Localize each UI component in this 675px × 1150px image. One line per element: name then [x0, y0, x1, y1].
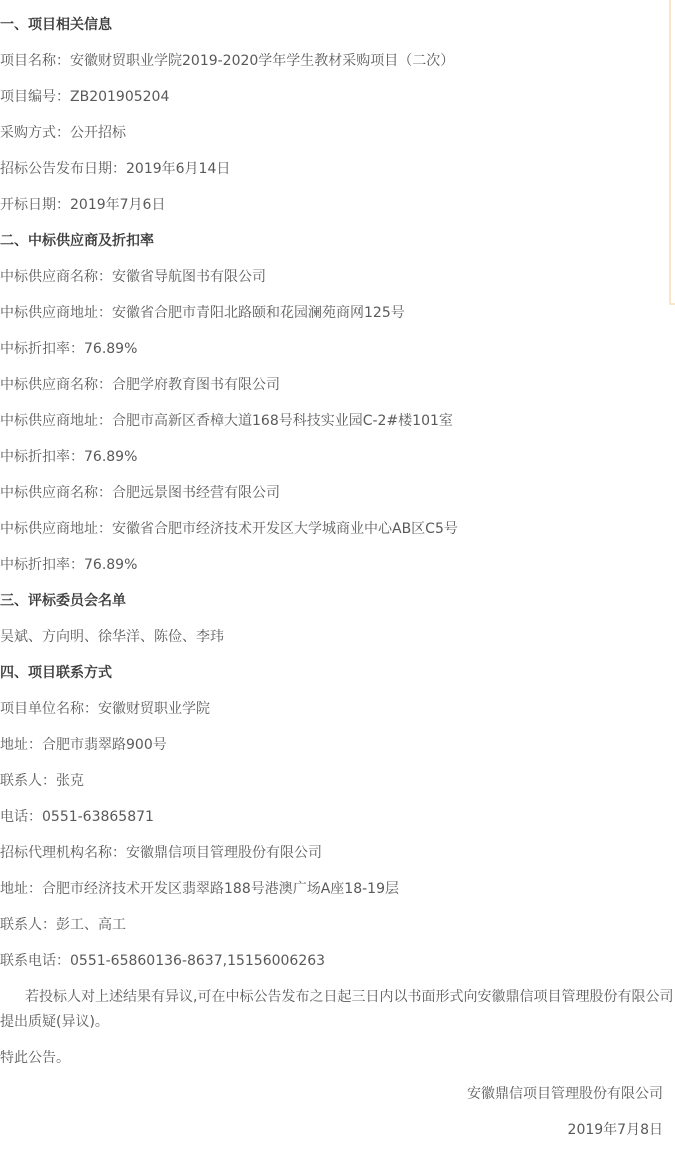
document-footer: 若投标人对上述结果有异议,可在中标公告发布之日起三日内以书面形式向安徽鼎信项目管… [0, 985, 675, 1143]
section-1-heading: 一、项目相关信息 [0, 13, 675, 38]
agency-address-line: 地址：合肥市经济技术开发区翡翠路188号港澳广场A座18-19层 [0, 877, 675, 902]
project-unit-name-line: 项目单位名称：安徽财贸职业学院 [0, 697, 675, 722]
supplier-1-discount-line: 中标折扣率：76.89% [0, 337, 675, 362]
supplier-3-name-line: 中标供应商名称：合肥远景图书经营有限公司 [0, 481, 675, 506]
supplier-2-discount-line: 中标折扣率：76.89% [0, 445, 675, 470]
agency-name-line: 招标代理机构名称：安徽鼎信项目管理股份有限公司 [0, 841, 675, 866]
announcement-date: 2019年7月8日 [0, 1118, 675, 1143]
section-evaluation-committee: 三、评标委员会名单 吴斌、方向明、徐华洋、陈俭、李玮 [0, 589, 675, 650]
closing-statement: 特此公告。 [0, 1046, 675, 1071]
objection-notice: 若投标人对上述结果有异议,可在中标公告发布之日起三日内以书面形式向安徽鼎信项目管… [0, 985, 675, 1035]
section-4-heading: 四、项目联系方式 [0, 661, 675, 686]
section-project-info: 一、项目相关信息 项目名称：安徽财贸职业学院2019-2020学年学生教材采购项… [0, 13, 675, 218]
project-number-line: 项目编号：ZB201905204 [0, 85, 675, 110]
project-name-line: 项目名称：安徽财贸职业学院2019-2020学年学生教材采购项目（二次） [0, 49, 675, 74]
supplier-2-address-line: 中标供应商地址：合肥市高新区香樟大道168号科技实业园C-2#楼101室 [0, 409, 675, 434]
agency-signature: 安徽鼎信项目管理股份有限公司 [0, 1082, 675, 1107]
supplier-1-name-line: 中标供应商名称：安徽省导航图书有限公司 [0, 265, 675, 290]
bid-opening-date-line: 开标日期：2019年7月6日 [0, 193, 675, 218]
section-3-heading: 三、评标委员会名单 [0, 589, 675, 614]
tender-announce-date-line: 招标公告发布日期：2019年6月14日 [0, 157, 675, 182]
section-2-heading: 二、中标供应商及折扣率 [0, 229, 675, 254]
agency-phone-line: 联系电话：0551-65860136-8637,15156006263 [0, 949, 675, 974]
supplier-2-name-line: 中标供应商名称：合肥学府教育图书有限公司 [0, 373, 675, 398]
project-contact-person-line: 联系人：张克 [0, 769, 675, 794]
section-contact-info: 四、项目联系方式 项目单位名称：安徽财贸职业学院 地址：合肥市翡翠路900号 联… [0, 661, 675, 974]
committee-members-line: 吴斌、方向明、徐华洋、陈俭、李玮 [0, 625, 675, 650]
agency-contact-person-line: 联系人：彭工、高工 [0, 913, 675, 938]
supplier-1-address-line: 中标供应商地址：安徽省合肥市青阳北路颐和花园澜苑商网125号 [0, 301, 675, 326]
supplier-3-discount-line: 中标折扣率：76.89% [0, 553, 675, 578]
project-unit-address-line: 地址：合肥市翡翠路900号 [0, 733, 675, 758]
procurement-method-line: 采购方式：公开招标 [0, 121, 675, 146]
supplier-3-address-line: 中标供应商地址：安徽省合肥市经济技术开发区大学城商业中心AB区C5号 [0, 517, 675, 542]
section-winning-suppliers: 二、中标供应商及折扣率 中标供应商名称：安徽省导航图书有限公司 中标供应商地址：… [0, 229, 675, 578]
announcement-document: 一、项目相关信息 项目名称：安徽财贸职业学院2019-2020学年学生教材采购项… [0, 0, 675, 1143]
project-phone-line: 电话：0551-63865871 [0, 805, 675, 830]
